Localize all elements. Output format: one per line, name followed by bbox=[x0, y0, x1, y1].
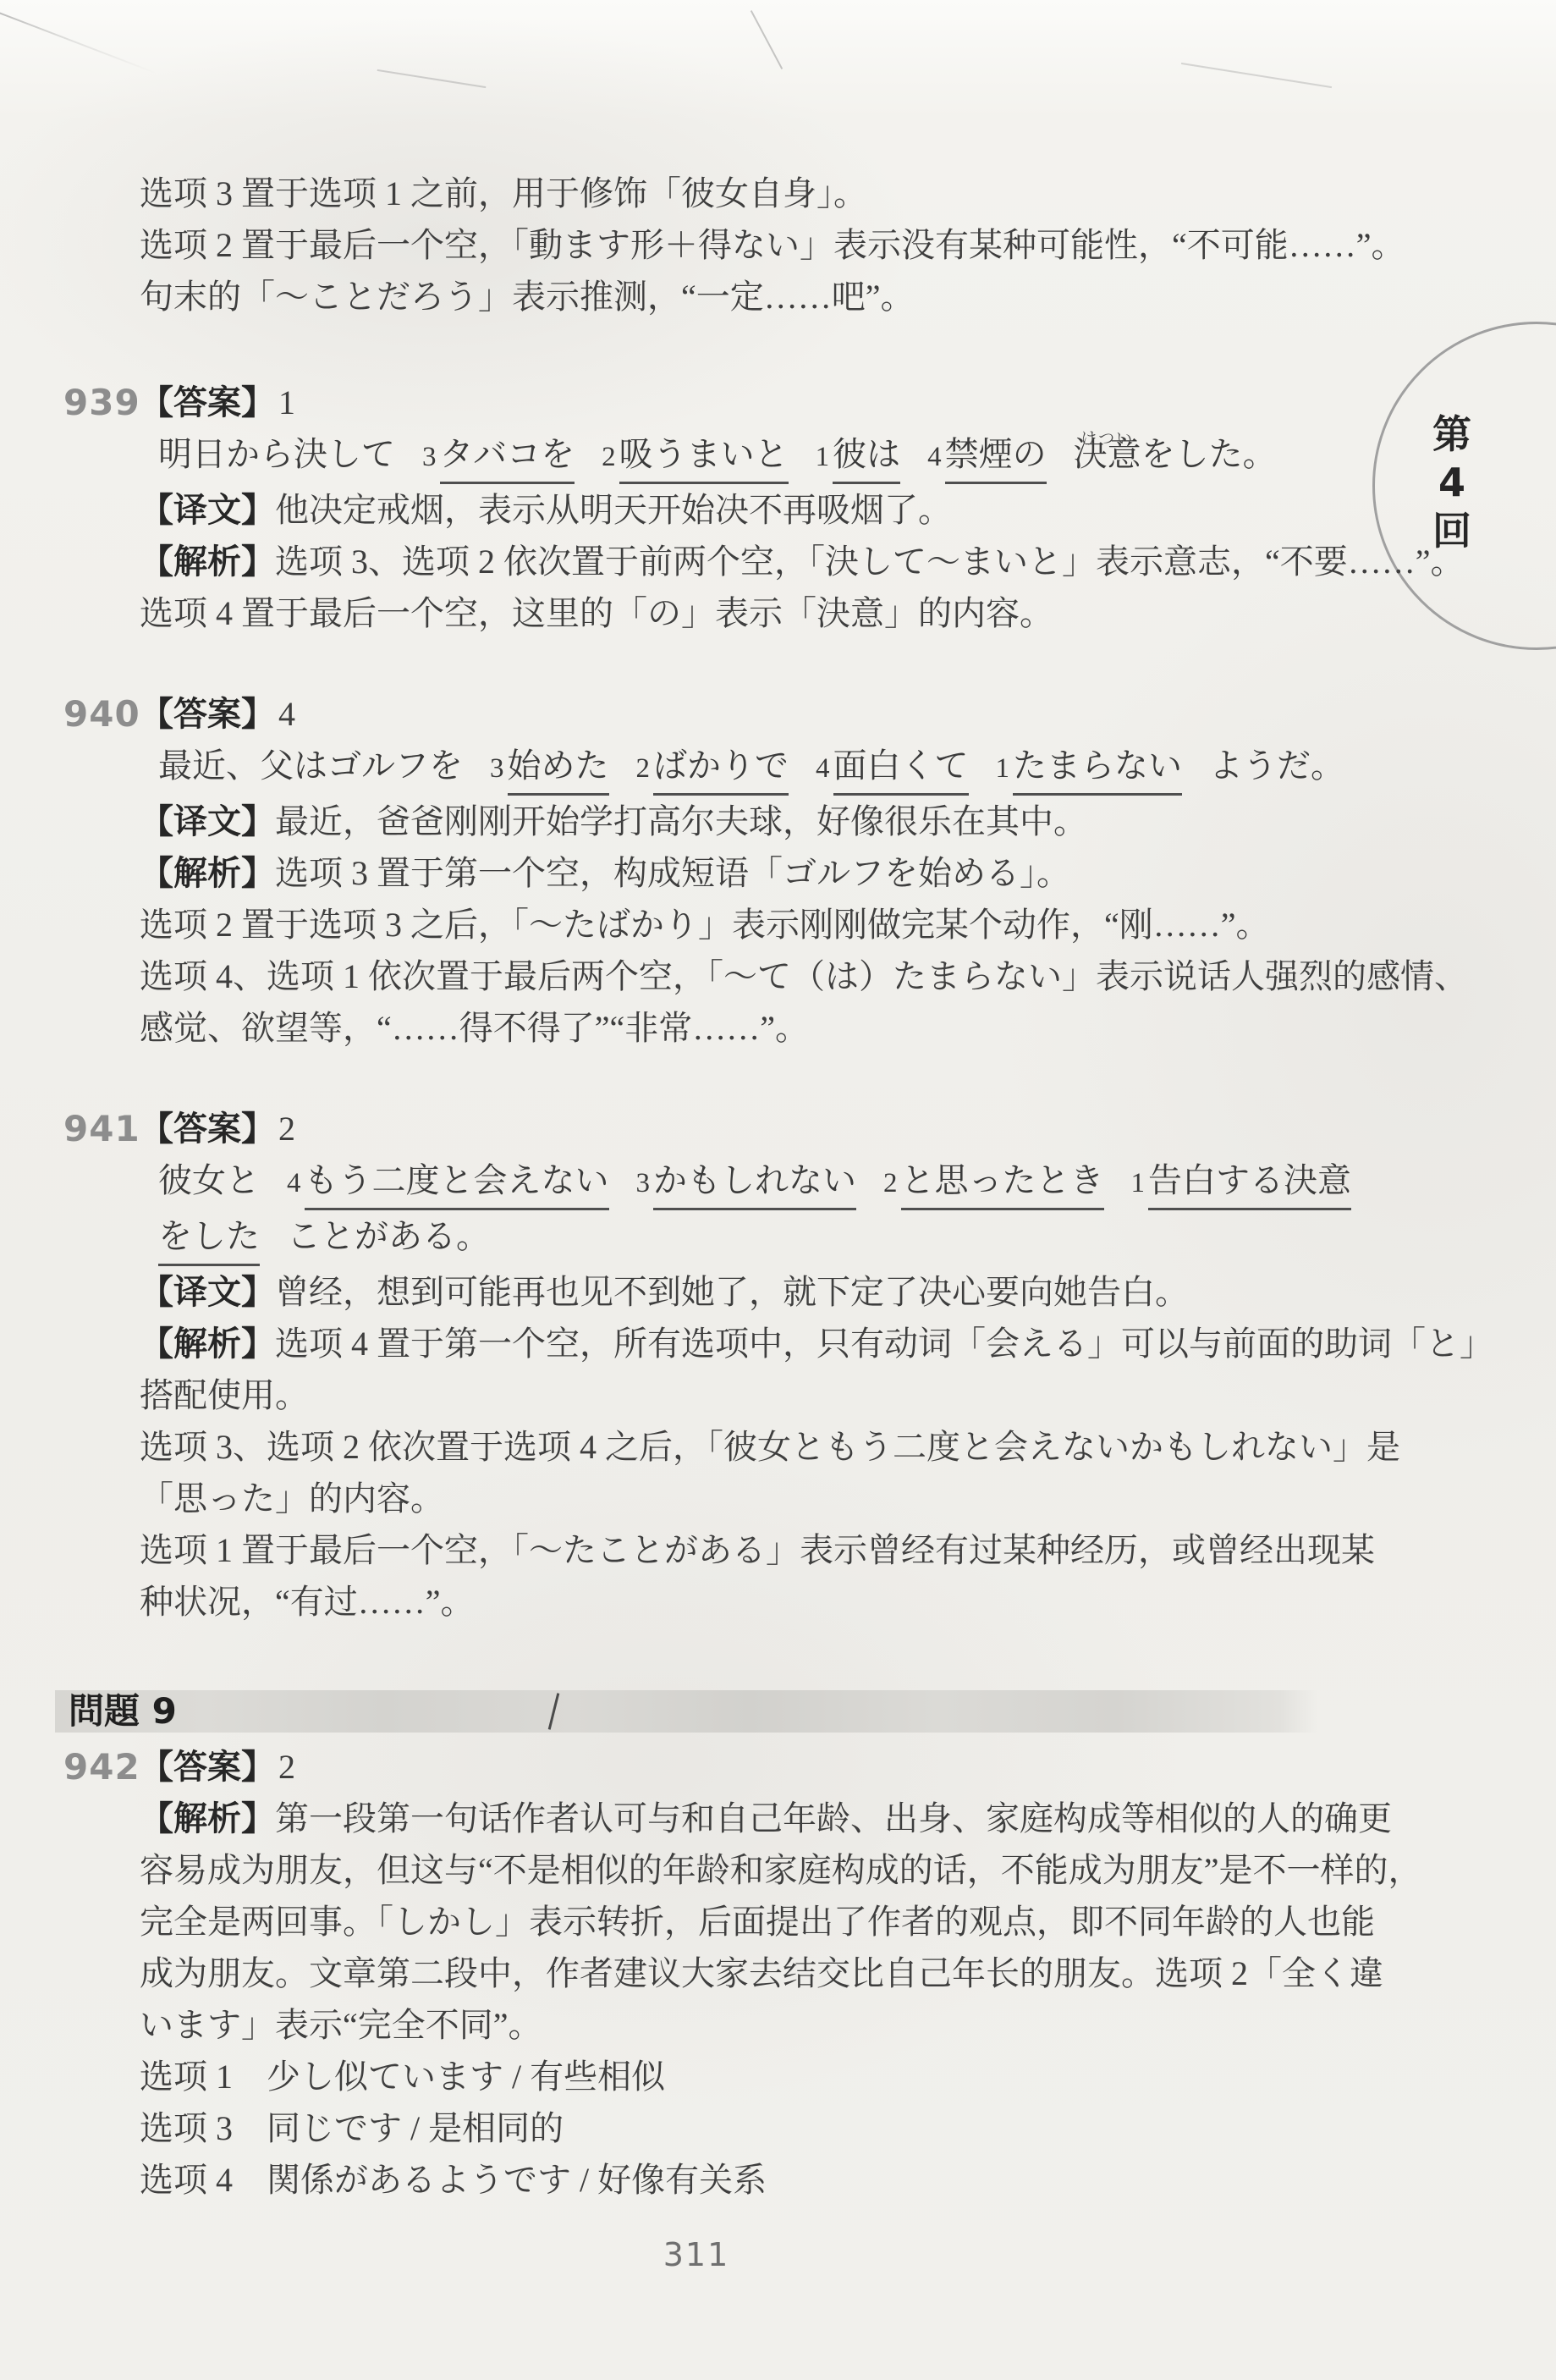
bracket-label: 【解析】 bbox=[140, 1325, 275, 1363]
underlined-segment: 面白くて bbox=[833, 740, 969, 796]
line-text: 选项 1 置于最后一个空，「～たことがある」表示曾经有过某种经历，或曾经出现某 bbox=[140, 1531, 1375, 1569]
item-number: 941 bbox=[63, 1103, 140, 1154]
answer-value: 2 bbox=[278, 1110, 295, 1148]
plain-segment: 明日から決して bbox=[158, 428, 395, 480]
underlined-segment: 彼は bbox=[833, 428, 900, 484]
underlined-segment: 吸うまいと bbox=[619, 428, 789, 484]
line-text: 句末的「～ことだろう」表示推测，“一定……吧”。 bbox=[140, 278, 915, 316]
option-number: 4 bbox=[927, 442, 942, 472]
line-text: 选项 3、选项 2 依次置于选项 4 之后，「彼女ともう二度と会えないかもしれな… bbox=[140, 1428, 1400, 1466]
japanese-sentence-line: 彼女と4もう二度と会えない3かもしれない2と思ったとき1告白する決意 bbox=[140, 1154, 1366, 1210]
plain-segment: 彼女と bbox=[158, 1154, 260, 1206]
answer-line: 【答案】1 bbox=[140, 377, 1366, 428]
explanation-line: 容易成为朋友，但这与“不是相似的年龄和家庭构成的话，不能成为朋友”是不一样的， bbox=[140, 1844, 1366, 1896]
option-gloss-line: 选项 3同じです / 是相同的 bbox=[140, 2102, 1366, 2154]
explanation-line: 成为朋友。文章第二段中，作者建议大家去结交比自己年长的朋友。选项 2「全く違 bbox=[140, 1948, 1366, 1999]
line-text: 选项 3 置于选项 1 之前，用于修饰「彼女自身」。 bbox=[140, 174, 867, 212]
option-label: 选项 1 bbox=[140, 2051, 267, 2102]
underlined-segment: 告白する決意 bbox=[1148, 1154, 1351, 1210]
explanation-line: 【解析】选项 4 置于第一个空，所有选项中，只有动词「会える」可以与前面的助词「… bbox=[140, 1318, 1366, 1369]
underlined-segment: タバコを bbox=[440, 428, 575, 484]
explanation-line: 【解析】选项 3、选项 2 依次置于前两个空，「決して～まいと」表示意志，“不要… bbox=[140, 536, 1366, 587]
option-number: 1 bbox=[1131, 1168, 1146, 1198]
line-text: 选项 3 置于第一个空，构成短语「ゴルフを始める」。 bbox=[275, 854, 1070, 892]
japanese-sentence-line: をしたことがある。 bbox=[140, 1210, 1366, 1266]
underlined-segment: 禁煙の bbox=[945, 428, 1047, 484]
bracket-label: 【译文】 bbox=[140, 491, 275, 529]
item-number: 942 bbox=[63, 1741, 140, 1793]
sentence-chunk: 明日から決して bbox=[158, 435, 395, 473]
answer-value: 2 bbox=[278, 1748, 295, 1786]
answer-bracket-label: 【答案】 bbox=[140, 1748, 275, 1786]
chapter-tab-char: 第 bbox=[1432, 413, 1471, 455]
sentence-chunk: 3タバコを bbox=[422, 435, 575, 473]
scan-artifact bbox=[751, 10, 783, 69]
sentence-chunk: 3始めた bbox=[490, 747, 609, 785]
underlined-segment: たまらない bbox=[1013, 740, 1182, 796]
scan-artifact bbox=[548, 1693, 560, 1729]
sentence-chunk: 彼女と bbox=[158, 1161, 260, 1199]
explanation-line: います」表示“完全不同”。 bbox=[140, 1999, 1366, 2051]
sentence-chunk: 1彼は bbox=[816, 435, 901, 473]
line-text: 感觉、欲望等，“……得不得了”“非常……”。 bbox=[140, 1009, 809, 1047]
sentence-chunk: 2と思ったとき bbox=[883, 1161, 1104, 1199]
option-label: 选项 4 bbox=[140, 2154, 267, 2206]
sentence-chunk: ようだ。 bbox=[1209, 747, 1344, 785]
line-text: 选项 4 置于第一个空，所有选项中，只有动词「会える」可以与前面的助词「と」 bbox=[275, 1325, 1493, 1363]
answer-value: 4 bbox=[278, 695, 295, 733]
page-number: 311 bbox=[646, 2236, 747, 2273]
option-gloss-line: 选项 1少し似ています / 有些相似 bbox=[140, 2051, 1366, 2102]
answer-items-group-2: 942【答案】2【解析】第一段第一句话作者认可与和自己年龄、出身、家庭构成等相似… bbox=[140, 1741, 1366, 2206]
sentence-chunk: 決意けついをした。 bbox=[1074, 435, 1277, 473]
line-text: 完全是两回事。「しかし」表示转折，后面提出了作者的观点，即不同年龄的人也能 bbox=[140, 1903, 1375, 1941]
line-text: 関係があるようです / 好像有关系 bbox=[267, 2161, 767, 2199]
option-number: 1 bbox=[816, 442, 830, 472]
sentence-chunk: 2吸うまいと bbox=[602, 435, 789, 473]
line-text: 容易成为朋友，但这与“不是相似的年龄和家庭构成的话，不能成为朋友”是不一样的， bbox=[140, 1851, 1422, 1889]
line-text: 选项 4、选项 1 依次置于最后两个空，「～て（は）たまらない」表示说话人强烈的… bbox=[140, 957, 1468, 995]
line-text: 选项 3、选项 2 依次置于前两个空，「決して～まいと」表示意志，“不要……”。 bbox=[275, 543, 1465, 581]
mondai-9-label: 問題 9 bbox=[55, 1690, 177, 1733]
explanation-line: 选项 4、选项 1 依次置于最后两个空，「～て（は）たまらない」表示说话人强烈的… bbox=[140, 950, 1366, 1002]
option-number: 1 bbox=[996, 753, 1010, 784]
explanation-line: 【译文】最近，爸爸刚刚开始学打高尔夫球，好像很乐在其中。 bbox=[140, 796, 1366, 847]
sentence-chunk: 2ばかりで bbox=[636, 747, 789, 785]
option-number: 3 bbox=[490, 753, 504, 784]
plain-segment: ようだ。 bbox=[1209, 740, 1344, 791]
line-text: 「思った」的内容。 bbox=[140, 1479, 444, 1518]
bracket-label: 【译文】 bbox=[140, 1273, 275, 1311]
plain-segment: 最近、父はゴルフを bbox=[158, 740, 463, 791]
underlined-segment: 始めた bbox=[508, 740, 609, 796]
carryover-explanation: 选项 3 置于选项 1 之前，用于修饰「彼女自身」。选项 2 置于最后一个空，「… bbox=[140, 168, 1366, 322]
bracket-label: 【解析】 bbox=[140, 854, 275, 892]
sentence-chunk: 最近、父はゴルフを bbox=[158, 747, 463, 785]
answer-item-942: 942【答案】2【解析】第一段第一句话作者认可与和自己年龄、出身、家庭构成等相似… bbox=[140, 1741, 1366, 2206]
explanation-line: 「思った」的内容。 bbox=[140, 1473, 1366, 1524]
answer-value: 1 bbox=[278, 383, 295, 421]
line-text: 选项 2 置于选项 3 之后，「～たばかり」表示刚刚做完某个动作，“刚……”。 bbox=[140, 906, 1270, 944]
explanation-line: 种状况，“有过……”。 bbox=[140, 1576, 1366, 1628]
carryover-line: 句末的「～ことだろう」表示推测，“一定……吧”。 bbox=[140, 271, 1366, 322]
line-text: 选项 2 置于最后一个空，「動ます形＋得ない」表示没有某种可能性，“不可能……”… bbox=[140, 226, 1405, 264]
option-number: 3 bbox=[636, 1168, 651, 1198]
line-text: 种状况，“有过……”。 bbox=[140, 1583, 475, 1621]
carryover-line: 选项 3 置于选项 1 之前，用于修饰「彼女自身」。 bbox=[140, 168, 1366, 219]
answer-bracket-label: 【答案】 bbox=[140, 695, 275, 733]
option-number: 2 bbox=[602, 442, 616, 472]
underlined-segment: をした bbox=[158, 1210, 260, 1266]
answer-item-940: 940【答案】4最近、父はゴルフを3始めた2ばかりで4面白くて1たまらないようだ… bbox=[140, 688, 1366, 1054]
plain-segment: 決意けついをした。 bbox=[1074, 428, 1277, 480]
option-number: 4 bbox=[816, 753, 830, 784]
line-text: 第一段第一句话作者认可与和自己年龄、出身、家庭构成等相似的人的确更 bbox=[275, 1799, 1392, 1837]
scan-artifact bbox=[377, 69, 487, 88]
sentence-chunk: 3かもしれない bbox=[636, 1161, 857, 1199]
plain-segment: ことがある。 bbox=[287, 1210, 490, 1262]
underlined-segment: と思ったとき bbox=[901, 1154, 1104, 1210]
answer-bracket-label: 【答案】 bbox=[140, 1110, 275, 1148]
explanation-line: 搭配使用。 bbox=[140, 1369, 1366, 1421]
sentence-chunk: をした bbox=[158, 1217, 260, 1255]
scan-artifact bbox=[0, 8, 157, 74]
explanation-line: 选项 3、选项 2 依次置于选项 4 之后，「彼女ともう二度と会えないかもしれな… bbox=[140, 1421, 1366, 1473]
line-text: います」表示“完全不同”。 bbox=[140, 2006, 542, 2044]
explanation-line: 选项 2 置于选项 3 之后，「～たばかり」表示刚刚做完某个动作，“刚……”。 bbox=[140, 899, 1366, 950]
sentence-chunk: 1告白する決意 bbox=[1131, 1161, 1352, 1199]
ruby-base: 決意けつい bbox=[1074, 428, 1141, 480]
option-number: 4 bbox=[287, 1168, 301, 1198]
answer-items-group: 939【答案】1明日から決して3タバコを2吸うまいと1彼は4禁煙の決意けついをし… bbox=[140, 377, 1366, 1628]
sentence-chunk: ことがある。 bbox=[287, 1217, 490, 1255]
answer-line: 【答案】2 bbox=[140, 1103, 1366, 1154]
bracket-label: 【译文】 bbox=[140, 802, 275, 840]
line-text: 同じです / 是相同的 bbox=[267, 2109, 564, 2147]
answer-line: 【答案】2 bbox=[140, 1741, 1366, 1793]
explanation-line: 感觉、欲望等，“……得不得了”“非常……”。 bbox=[140, 1002, 1366, 1054]
explanation-line: 选项 1 置于最后一个空，「～たことがある」表示曾经有过某种经历，或曾经出现某 bbox=[140, 1524, 1366, 1576]
underlined-segment: かもしれない bbox=[653, 1154, 856, 1210]
option-label: 选项 3 bbox=[140, 2102, 267, 2154]
line-text: 搭配使用。 bbox=[140, 1376, 309, 1414]
sentence-chunk: 1たまらない bbox=[996, 747, 1183, 785]
item-number: 940 bbox=[63, 688, 140, 740]
option-number: 2 bbox=[883, 1168, 898, 1198]
underlined-segment: もう二度と会えない bbox=[305, 1154, 609, 1210]
carryover-line: 选项 2 置于最后一个空，「動ます形＋得ない」表示没有某种可能性，“不可能……”… bbox=[140, 219, 1366, 271]
sentence-chunk: 4禁煙の bbox=[927, 435, 1047, 473]
answer-item-939: 939【答案】1明日から決して3タバコを2吸うまいと1彼は4禁煙の決意けついをし… bbox=[140, 377, 1366, 639]
bracket-label: 【解析】 bbox=[140, 1799, 275, 1837]
line-text: 他决定戒烟，表示从明天开始决不再吸烟了。 bbox=[275, 491, 952, 529]
option-gloss-line: 选项 4関係があるようです / 好像有关系 bbox=[140, 2154, 1366, 2206]
item-number: 939 bbox=[63, 377, 140, 428]
underlined-segment: ばかりで bbox=[653, 740, 789, 796]
answer-line: 【答案】4 bbox=[140, 688, 1366, 740]
explanation-line: 完全是两回事。「しかし」表示转折，后面提出了作者的观点，即不同年龄的人也能 bbox=[140, 1896, 1366, 1948]
scan-artifact bbox=[1181, 63, 1332, 88]
chapter-tab-label: 第4回 bbox=[1427, 413, 1477, 552]
explanation-line: 【解析】选项 3 置于第一个空，构成短语「ゴルフを始める」。 bbox=[140, 847, 1366, 899]
japanese-sentence-line: 明日から決して3タバコを2吸うまいと1彼は4禁煙の決意けついをした。 bbox=[140, 428, 1366, 484]
textbook-page: 第4回 选项 3 置于选项 1 之前，用于修饰「彼女自身」。选项 2 置于最后一… bbox=[0, 0, 1556, 2380]
line-text: 少し似ています / 有些相似 bbox=[267, 2058, 665, 2096]
option-number: 2 bbox=[636, 753, 651, 784]
chapter-tab-char: 4 bbox=[1438, 461, 1465, 504]
answer-item-941: 941【答案】2彼女と4もう二度と会えない3かもしれない2と思ったとき1告白する… bbox=[140, 1103, 1366, 1628]
line-text: 选项 4 置于最后一个空，这里的「の」表示「決意」的内容。 bbox=[140, 594, 1053, 632]
furigana: けつい bbox=[1080, 413, 1134, 465]
bracket-label: 【解析】 bbox=[140, 543, 275, 581]
answer-bracket-label: 【答案】 bbox=[140, 383, 275, 421]
sentence-chunk: 4もう二度と会えない bbox=[287, 1161, 609, 1199]
explanation-line: 选项 4 置于最后一个空，这里的「の」表示「決意」的内容。 bbox=[140, 587, 1366, 639]
sentence-chunk: 4面白くて bbox=[816, 747, 969, 785]
japanese-sentence-line: 最近、父はゴルフを3始めた2ばかりで4面白くて1たまらないようだ。 bbox=[140, 740, 1366, 796]
line-text: 最近，爸爸刚刚开始学打高尔夫球，好像很乐在其中。 bbox=[275, 802, 1087, 840]
page-content: 选项 3 置于选项 1 之前，用于修饰「彼女自身」。选项 2 置于最后一个空，「… bbox=[140, 168, 1366, 2206]
explanation-line: 【解析】第一段第一句话作者认可与和自己年龄、出身、家庭构成等相似的人的确更 bbox=[140, 1793, 1366, 1844]
mondai-9-header-band: 問題 9 bbox=[55, 1690, 1317, 1733]
line-text: 成为朋友。文章第二段中，作者建议大家去结交比自己年长的朋友。选项 2「全く違 bbox=[140, 1954, 1383, 1992]
option-number: 3 bbox=[422, 442, 437, 472]
explanation-line: 【译文】曾经，想到可能再也见不到她了，就下定了决心要向她告白。 bbox=[140, 1266, 1366, 1318]
explanation-line: 【译文】他决定戒烟，表示从明天开始决不再吸烟了。 bbox=[140, 484, 1366, 536]
line-text: 曾经，想到可能再也见不到她了，就下定了决心要向她告白。 bbox=[275, 1273, 1189, 1311]
